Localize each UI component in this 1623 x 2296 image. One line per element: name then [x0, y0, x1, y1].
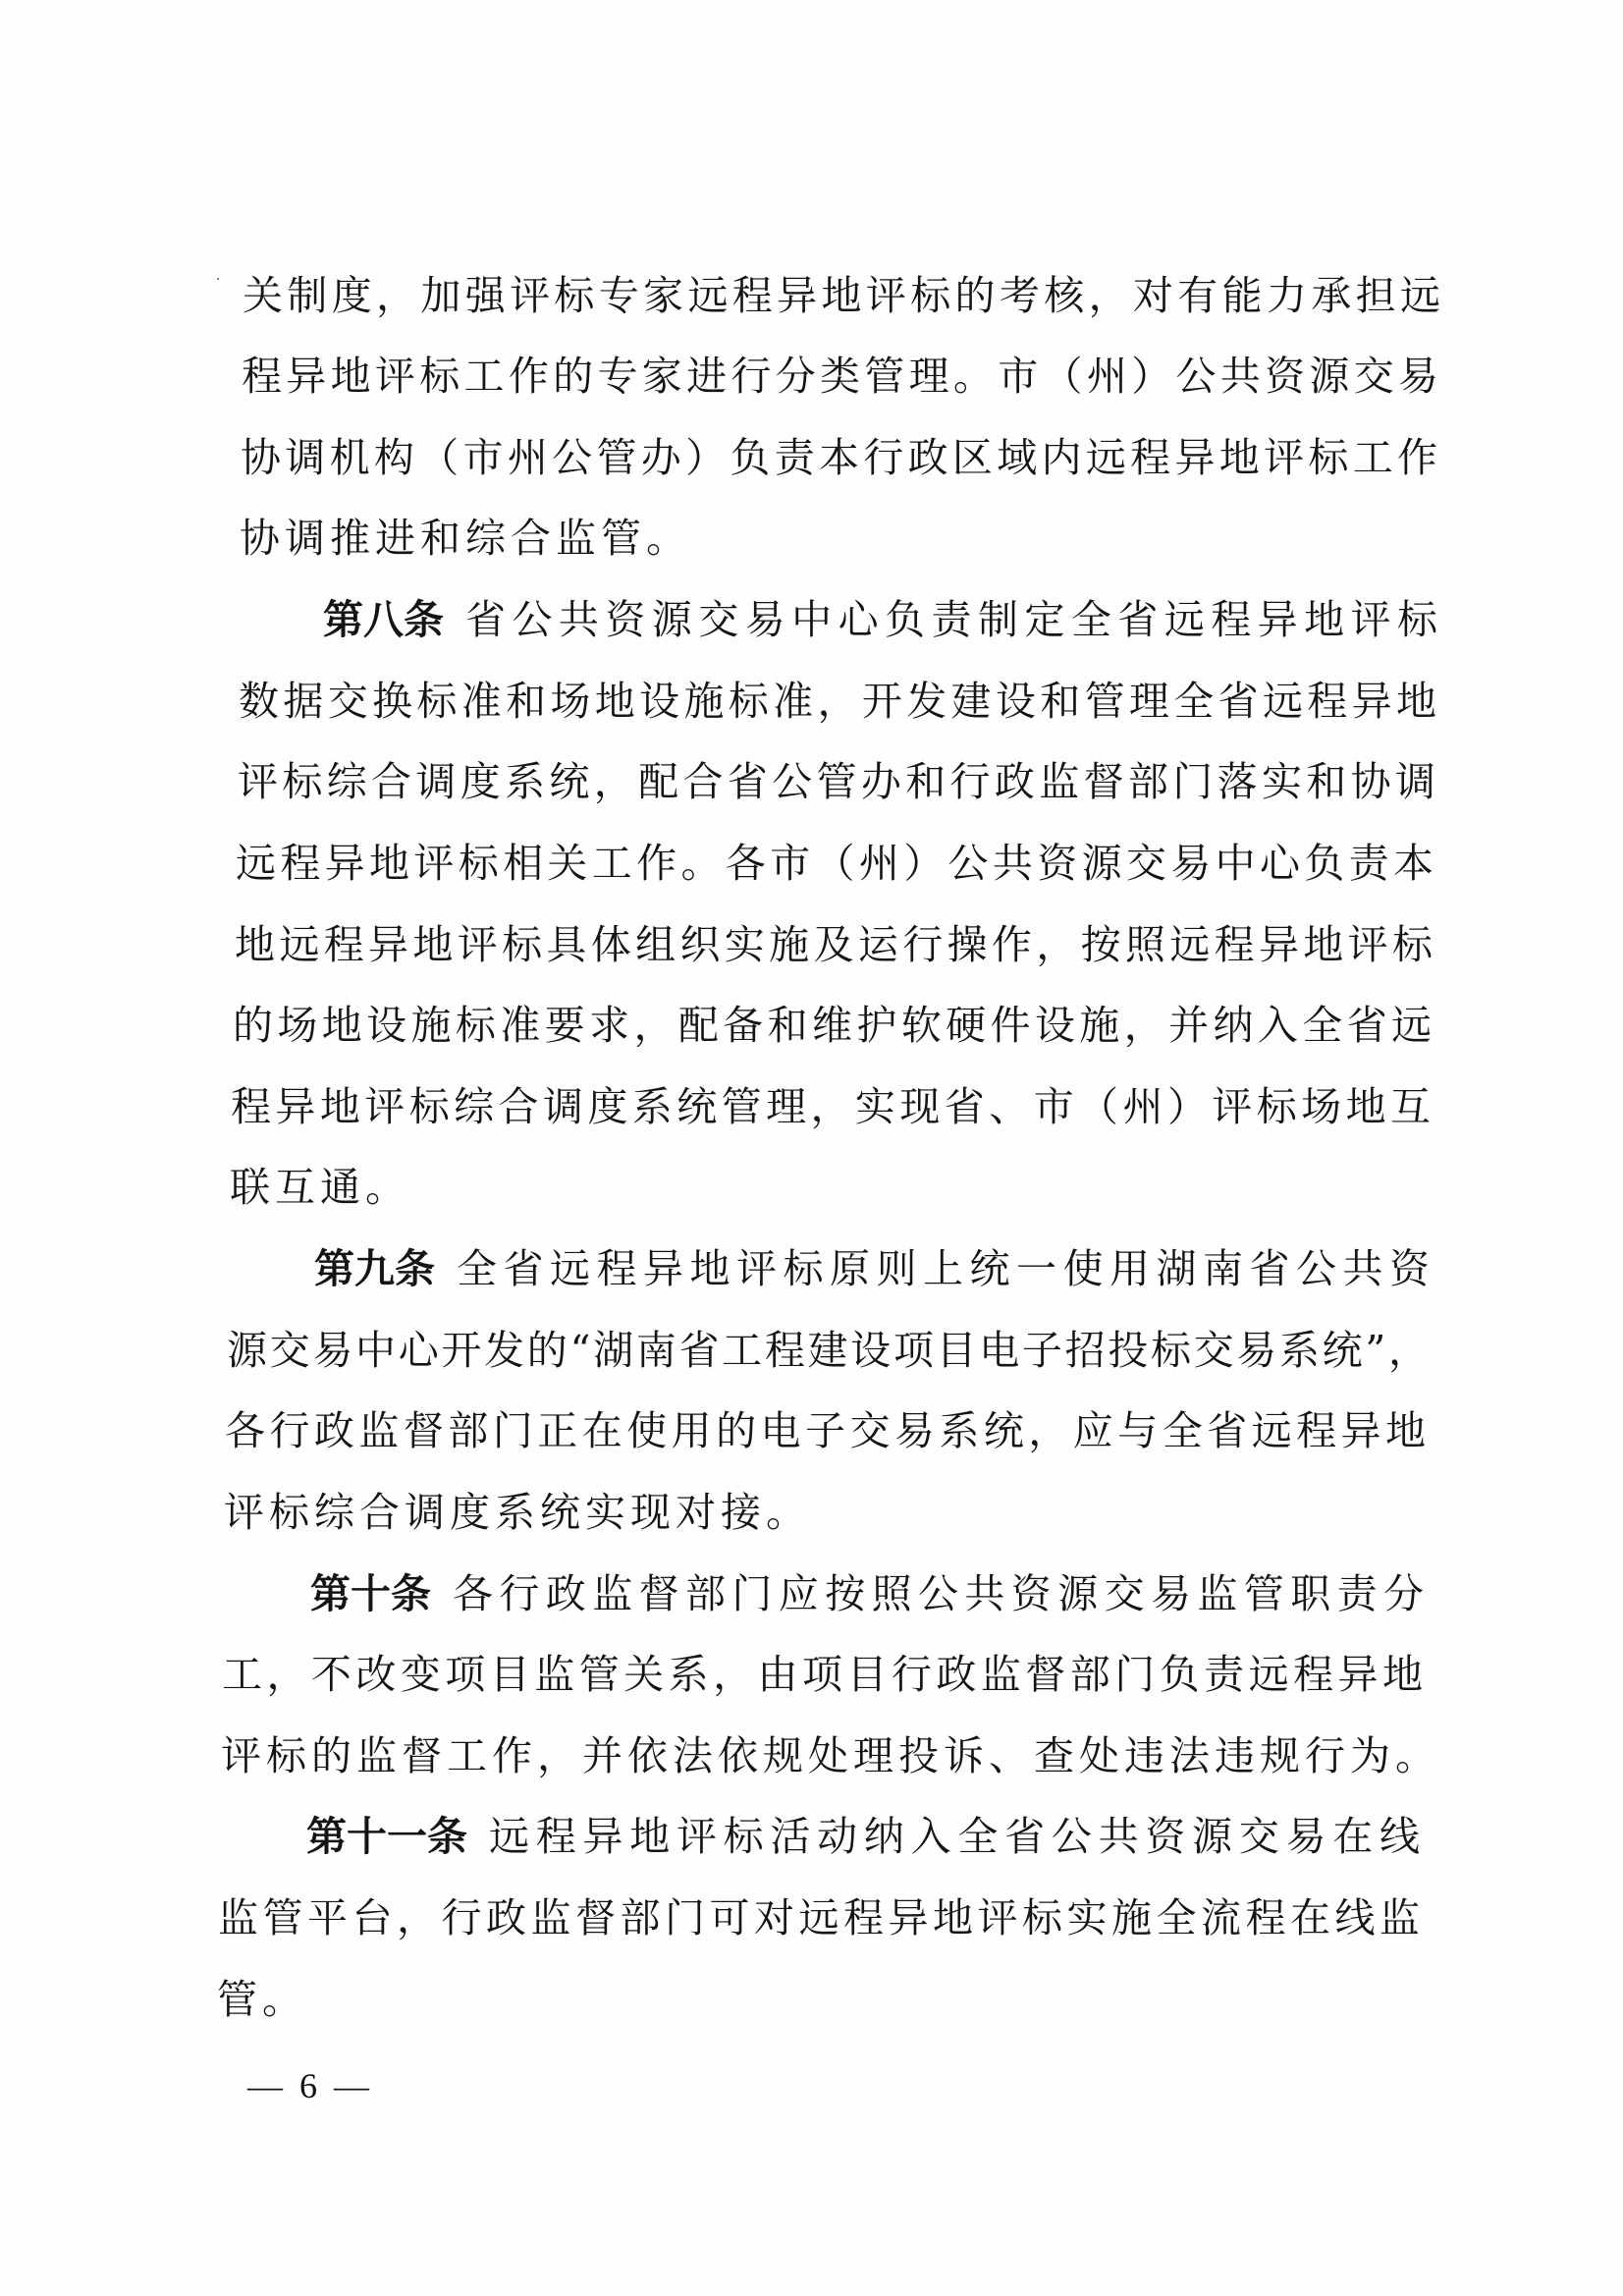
paragraph-continuation-line: 协调推进和综合监管。: [240, 514, 1436, 563]
article-8-line: 地远程异地评标具体组织实施及运行操作，按照远程异地评标: [235, 920, 1433, 969]
page-number: — 6 —: [247, 2066, 373, 2105]
article-8-line: 评标综合调度系统，配合省公管办和行政监督部门落实和协调: [238, 757, 1435, 806]
article-9-heading: 第九条: [314, 1244, 435, 1293]
paragraph-continuation-line: 协调机构（市州公管办）负责本行政区域内远程异地评标工作: [241, 433, 1437, 482]
article-9-first-line: 第九条 全省远程异地评标原则上统一使用湖南省公共资: [314, 1244, 1430, 1293]
scan-speck: [217, 278, 219, 280]
paragraph-continuation-line: 关制度，加强评标专家远程异地评标的考核，对有能力承担远: [243, 271, 1440, 320]
article-11-line: 管。: [217, 1975, 1419, 2024]
article-8-text: 省公共资源交易中心负责制定全省远程异地评标: [465, 595, 1437, 644]
article-10-first-line: 第十条 各行政监督部门应按照公共资源交易监管职责分: [310, 1569, 1424, 1618]
document-page: 关制度，加强评标专家远程异地评标的考核，对有能力承担远 程异地评标工作的专家进行…: [0, 0, 1623, 2296]
article-8-line: 远程异地评标相关工作。各市（州）公共资源交易中心负责本: [236, 839, 1434, 888]
article-9-text: 全省远程异地评标原则上统一使用湖南省公共资: [457, 1244, 1430, 1293]
article-9-line: 评标综合调度系统实现对接。: [224, 1488, 1424, 1537]
paragraph-continuation-line: 程异地评标工作的专家进行分类管理。市（州）公共资源交易: [242, 352, 1438, 401]
article-8-line: 的场地设施标准要求，配备和维护软硬件设施，并纳入全省远: [233, 1001, 1432, 1050]
article-11-text: 远程异地评标活动纳入全省公共资源交易在线: [489, 1812, 1420, 1861]
article-8-line: 程异地评标综合调度系统管理，实现省、市（州）评标场地互: [231, 1082, 1431, 1131]
article-8-first-line: 第八条 省公共资源交易中心负责制定全省远程异地评标: [323, 595, 1437, 644]
article-8-heading: 第八条: [323, 595, 444, 644]
article-10-line: 评标的监督工作，并依法依规处理投诉、查处违法违规行为。: [221, 1731, 1421, 1780]
article-10-text: 各行政监督部门应按照公共资源交易监管职责分: [453, 1569, 1424, 1618]
article-10-line: 工，不改变项目监管关系，由项目行政监督部门负责远程异地: [222, 1650, 1423, 1699]
article-9-line: 各行政监督部门正在使用的电子交易系统，应与全省远程异地: [225, 1406, 1426, 1455]
article-11-line: 监管平台，行政监督部门可对远程异地评标实施全流程在线监: [218, 1893, 1420, 1942]
article-9-line: 源交易中心开发的“湖南省工程建设项目电子招投标交易系统”，: [227, 1326, 1429, 1375]
article-10-heading: 第十条: [310, 1569, 431, 1618]
article-8-line: 数据交换标准和场地设施标准，开发建设和管理全省远程异地: [239, 677, 1436, 726]
article-8-line: 联互通。: [230, 1163, 1428, 1212]
article-11-first-line: 第十一条 远程异地评标活动纳入全省公共资源交易在线: [306, 1812, 1420, 1861]
article-11-heading: 第十一条: [306, 1812, 467, 1861]
